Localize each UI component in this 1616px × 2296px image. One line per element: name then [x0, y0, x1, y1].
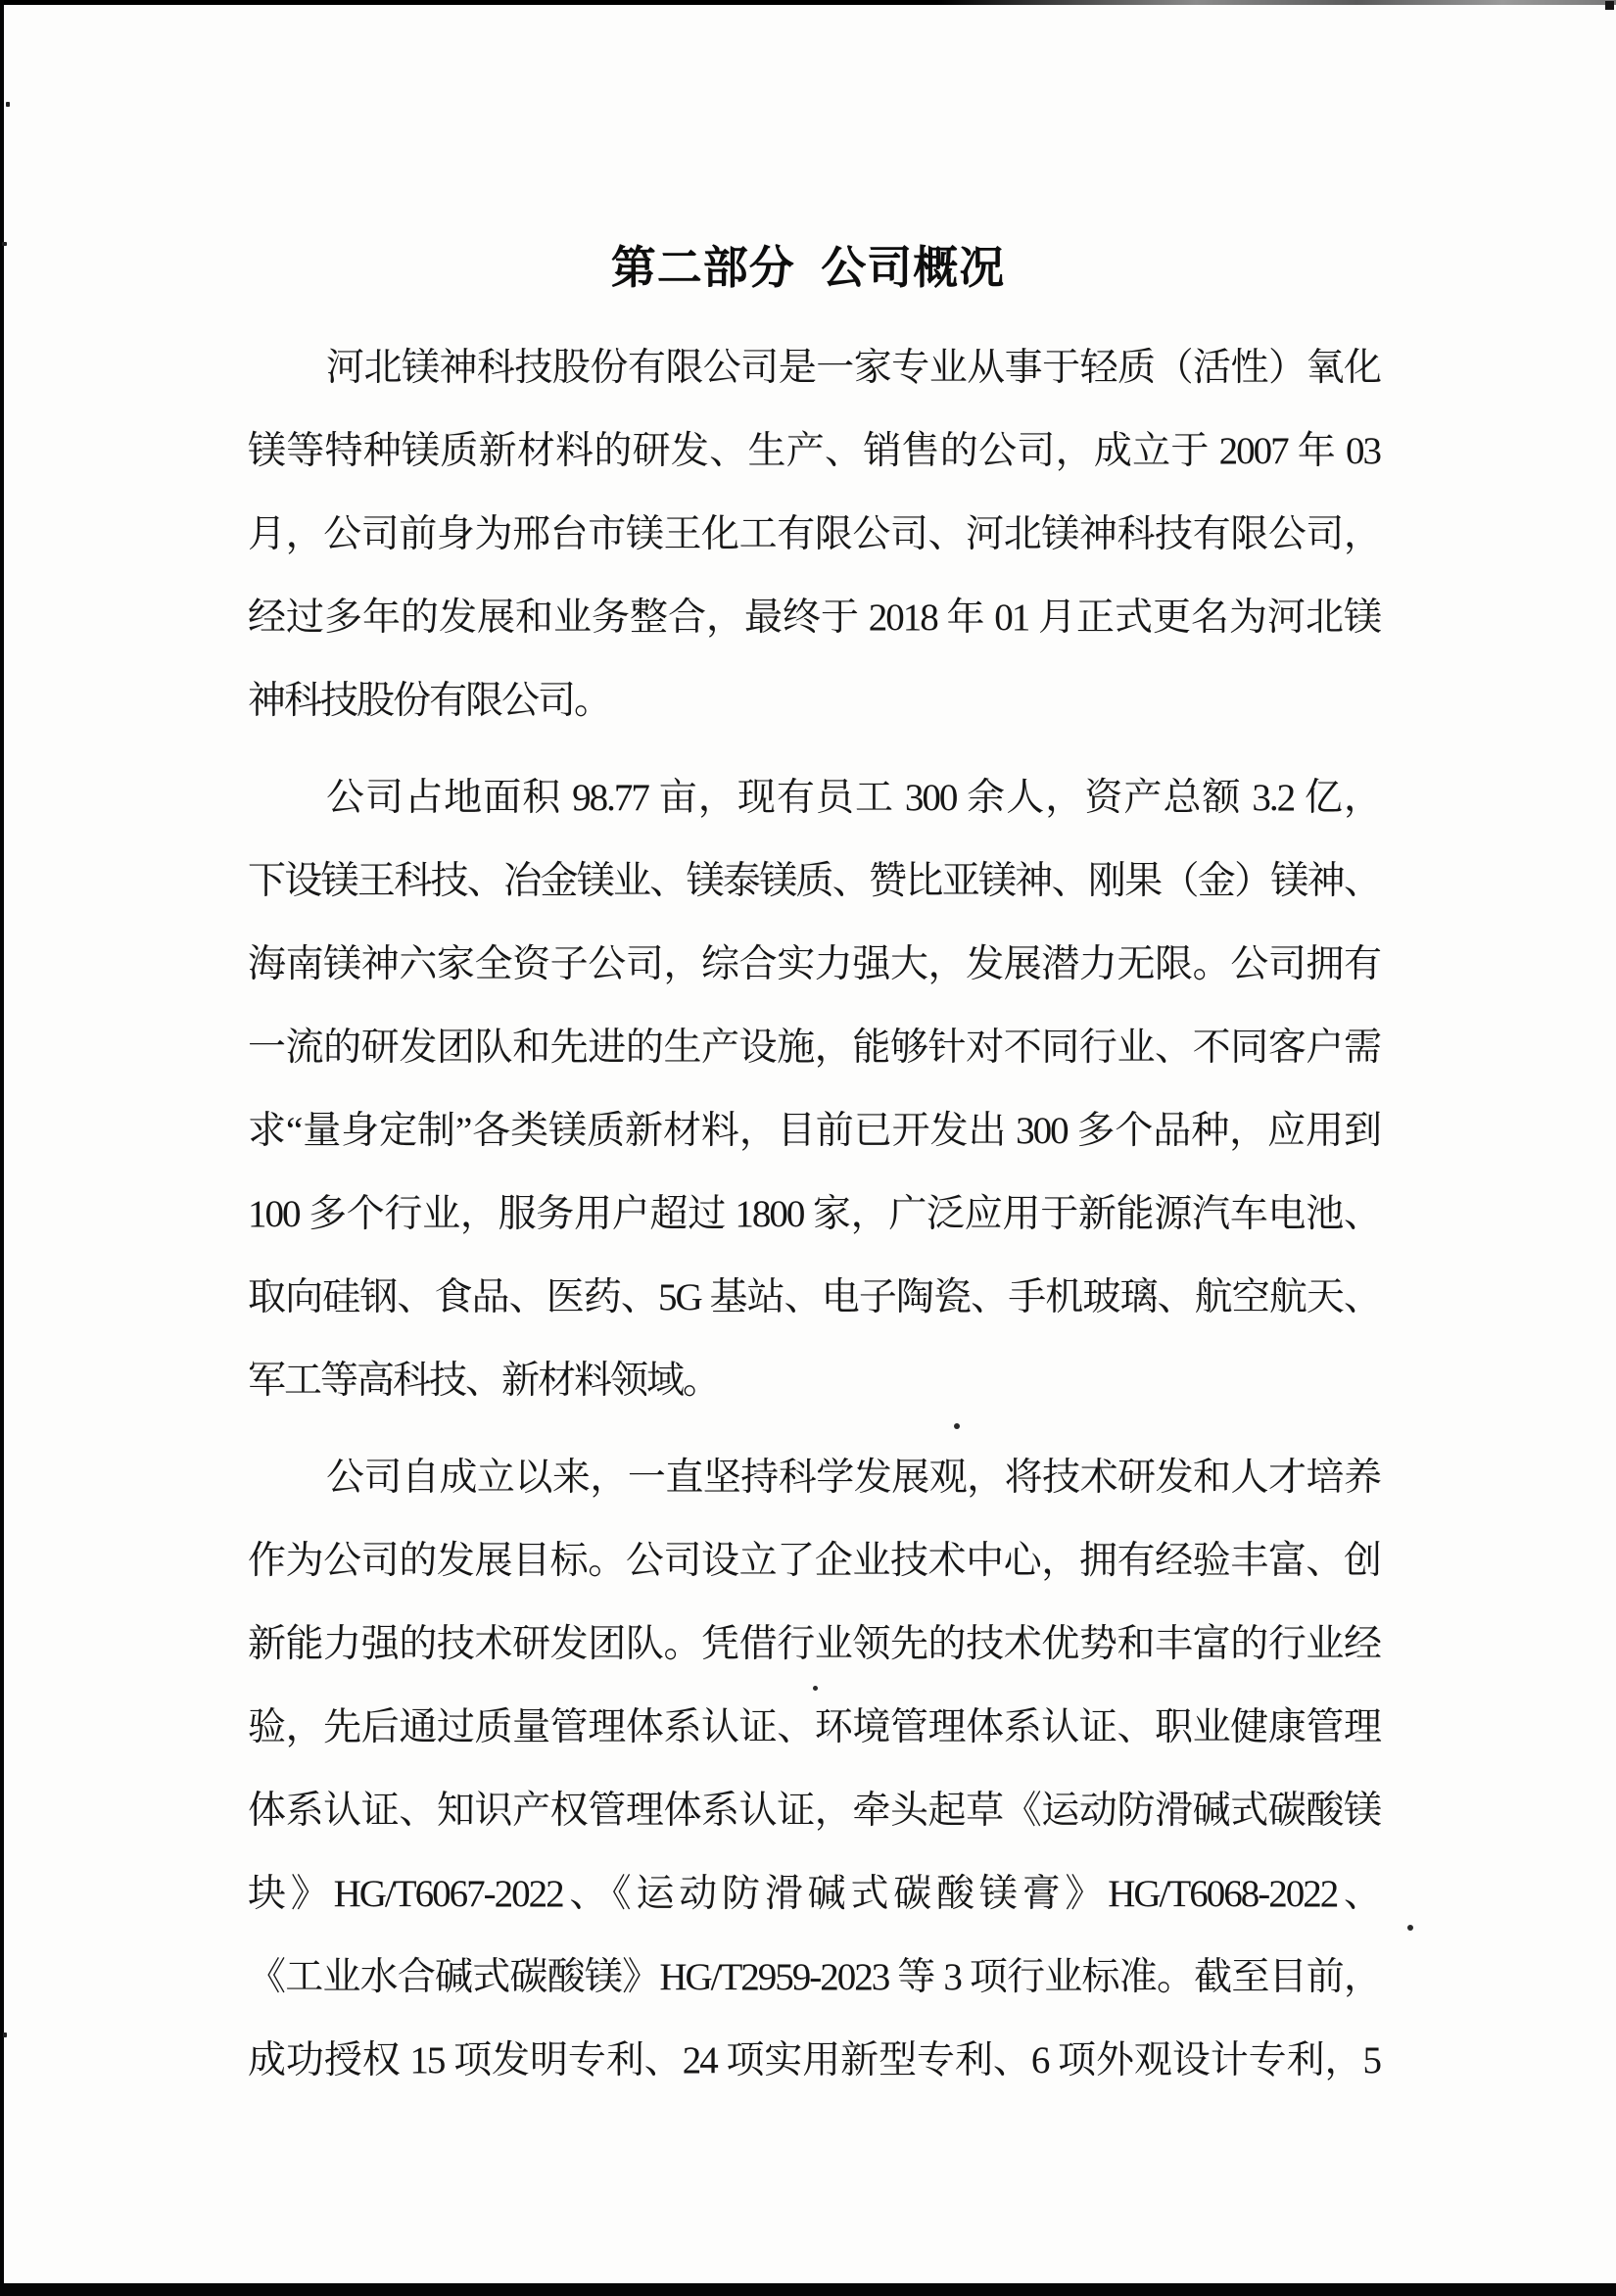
scan-speck	[1605, 1, 1614, 10]
text-line: 一流的研发团队和先进的生产设施，能够针对不同行业、不同客户需	[248, 1006, 1380, 1089]
scan-left-edge-line	[0, 0, 4, 2288]
scan-top-edge-line	[0, 0, 1616, 5]
text-line: 军工等高科技、新材料领域。	[248, 1339, 1380, 1422]
text-line: 公司占地面积 98.77 亩，现有员工 300 余人，资产总额 3.2 亿，	[248, 756, 1380, 839]
text-line: 作为公司的发展目标。公司设立了企业技术中心，拥有经验丰富、创	[248, 1519, 1380, 1602]
paragraph: 河北镁神科技股份有限公司是一家专业从事于轻质（活性）氧化 镁等特种镁质新材料的研…	[248, 326, 1380, 742]
text-line: 验，先后通过质量管理体系认证、环境管理体系认证、职业健康管理	[248, 1686, 1380, 1769]
text-line: 块》HG/T6067-2022、《运动防滑碱式碳酸镁膏》HG/T6068-202…	[248, 1852, 1380, 1936]
text-line: 100 多个行业，服务用户超过 1800 家，广泛应用于新能源汽车电池、	[248, 1172, 1380, 1256]
text-line: 公司自成立以来，一直坚持科学发展观，将技术研发和人才培养	[248, 1436, 1380, 1519]
section-title: 第二部分 公司概况	[0, 232, 1616, 297]
scan-bottom-edge-bar	[0, 2283, 1616, 2296]
text-line: 海南镁神六家全资子公司，综合实力强大，发展潜力无限。公司拥有	[248, 923, 1380, 1006]
scan-speck	[3, 2033, 7, 2037]
text-line: 下设镁王科技、冶金镁业、镁泰镁质、赞比亚镁神、刚果（金）镁神、	[248, 839, 1380, 923]
text-line: 体系认证、知识产权管理体系认证，牵头起草《运动防滑碱式碳酸镁	[248, 1769, 1380, 1852]
scan-speck	[6, 102, 10, 107]
text-line: 求“量身定制”各类镁质新材料，目前已开发出 300 多个品种，应用到	[248, 1089, 1380, 1172]
text-line: 河北镁神科技股份有限公司是一家专业从事于轻质（活性）氧化	[248, 326, 1380, 409]
stray-ink-dot	[813, 1686, 818, 1691]
paragraph: 公司占地面积 98.77 亩，现有员工 300 余人，资产总额 3.2 亿， 下…	[248, 756, 1380, 1422]
text-line: 新能力强的技术研发团队。凭借行业领先的技术优势和丰富的行业经	[248, 1602, 1380, 1686]
scanned-document-page: 第二部分 公司概况 河北镁神科技股份有限公司是一家专业从事于轻质（活性）氧化 镁…	[0, 0, 1616, 2296]
text-line: 取向硅钢、食品、医药、5G 基站、电子陶瓷、手机玻璃、航空航天、	[248, 1256, 1380, 1339]
document-body: 河北镁神科技股份有限公司是一家专业从事于轻质（活性）氧化 镁等特种镁质新材料的研…	[248, 326, 1380, 2102]
stray-ink-dot	[1407, 1925, 1413, 1931]
text-line: 《工业水合碱式碳酸镁》HG/T2959-2023 等 3 项行业标准。截至目前，	[248, 1936, 1380, 2019]
text-line: 成功授权 15 项发明专利、24 项实用新型专利、6 项外观设计专利，5	[248, 2019, 1380, 2102]
paragraph: 公司自成立以来，一直坚持科学发展观，将技术研发和人才培养 作为公司的发展目标。公…	[248, 1436, 1380, 2102]
text-line: 经过多年的发展和业务整合，最终于 2018 年 01 月正式更名为河北镁	[248, 576, 1380, 659]
text-line: 月，公司前身为邢台市镁王化工有限公司、河北镁神科技有限公司，	[248, 493, 1380, 576]
text-line: 神科技股份有限公司。	[248, 659, 1380, 742]
text-line: 镁等特种镁质新材料的研发、生产、销售的公司，成立于 2007 年 03	[248, 409, 1380, 493]
stray-ink-dot	[954, 1423, 960, 1429]
